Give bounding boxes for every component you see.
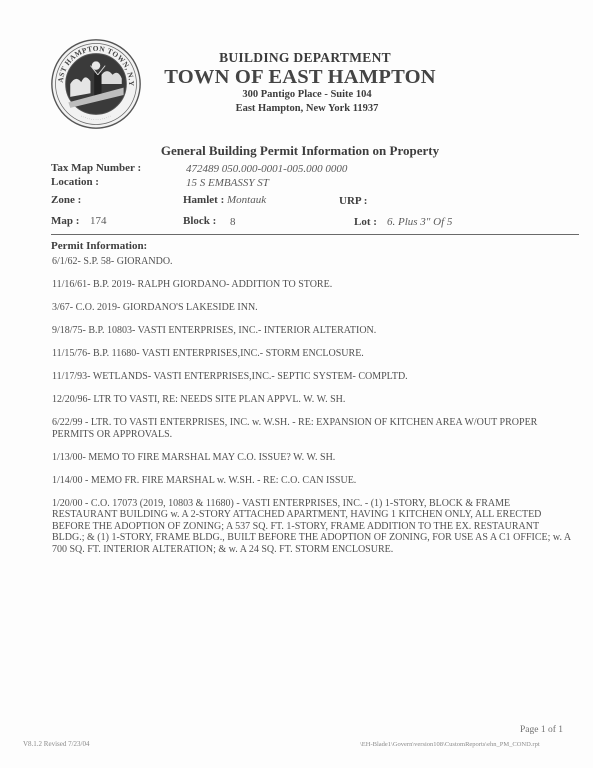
map-label: Map : — [51, 215, 79, 227]
report-file-path: \EH-Blade1\Govern\version108\CustomRepor… — [360, 741, 540, 748]
location-value: 15 S EMBASSY ST — [186, 177, 269, 189]
town-seal-icon: EAST HAMPTON TOWN, N.Y. · · · · · · · · … — [50, 38, 142, 130]
tax-map-value: 472489 050.000-0001-005.000 0000 — [186, 163, 347, 175]
permit-entry: 11/17/93- WETLANDS- VASTI ENTERPRISES,IN… — [52, 371, 572, 383]
page-number: Page 1 of 1 — [520, 725, 563, 735]
department-name: BUILDING DEPARTMENT — [160, 50, 450, 66]
report-title: General Building Permit Information on P… — [40, 143, 560, 159]
address-line-2: East Hampton, New York 11937 — [164, 102, 450, 116]
hamlet-label: Hamlet : — [183, 194, 224, 206]
lot-value: 6. Plus 3" Of 5 — [387, 216, 452, 228]
urp-label: URP : — [339, 195, 367, 207]
permit-document-page: EAST HAMPTON TOWN, N.Y. · · · · · · · · … — [0, 0, 593, 768]
permit-entry: 1/20/00 - C.O. 17073 (2019, 10803 & 1168… — [52, 498, 572, 556]
permit-entry: 6/1/62- S.P. 58- GIORANDO. — [52, 256, 572, 268]
hamlet-value: Montauk — [227, 194, 266, 206]
permit-entry: 9/18/75- B.P. 10803- VASTI ENTERPRISES, … — [52, 325, 572, 337]
lot-label: Lot : — [354, 216, 377, 228]
map-value: 174 — [90, 215, 107, 227]
permit-entry: 12/20/96- LTR TO VASTI, RE: NEEDS SITE P… — [52, 394, 572, 406]
letterhead: BUILDING DEPARTMENT TOWN OF EAST HAMPTON… — [150, 50, 450, 116]
permit-list: 6/1/62- S.P. 58- GIORANDO. 11/16/61- B.P… — [52, 256, 572, 567]
location-label: Location : — [51, 176, 99, 188]
permit-entry: 11/16/61- B.P. 2019- RALPH GIORDANO- ADD… — [52, 279, 572, 291]
section-divider — [51, 234, 579, 235]
permit-info-heading: Permit Information: — [51, 240, 147, 252]
permit-entry: 6/22/99 - LTR. TO VASTI ENTERPRISES, INC… — [52, 417, 572, 440]
block-label: Block : — [183, 215, 216, 227]
block-value: 8 — [230, 216, 236, 228]
town-name: TOWN OF EAST HAMPTON — [150, 66, 450, 88]
address-line-1: 300 Pantigo Place - Suite 104 — [164, 88, 450, 102]
form-version: V8.1.2 Revised 7/23/04 — [23, 740, 90, 748]
permit-entry: 1/13/00- MEMO TO FIRE MARSHAL MAY C.O. I… — [52, 452, 572, 464]
tax-map-label: Tax Map Number : — [51, 162, 141, 174]
permit-entry: 1/14/00 - MEMO FR. FIRE MARSHAL w. W.SH.… — [52, 475, 572, 487]
permit-entry: 11/15/76- B.P. 11680- VASTI ENTERPRISES,… — [52, 348, 572, 360]
permit-entry: 3/67- C.O. 2019- GIORDANO'S LAKESIDE INN… — [52, 302, 572, 314]
zone-label: Zone : — [51, 194, 81, 206]
